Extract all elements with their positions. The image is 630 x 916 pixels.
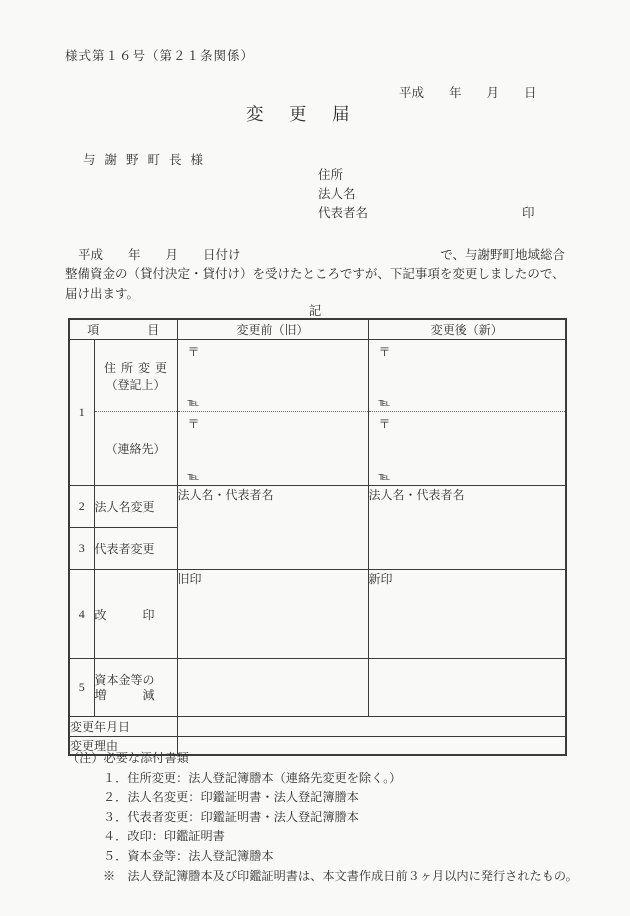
applicant-block: 住所 法人名 代表者名 印 xyxy=(318,166,563,224)
note-item: ５．資本金等：法人登記簿謄本 xyxy=(103,847,578,867)
row2-after-cell: 法人名・代表者名 xyxy=(368,486,566,570)
contact-label: （連絡先） xyxy=(106,440,166,457)
row1-number: 1 xyxy=(69,340,94,486)
row1-item-registered: 住所変更 （登記上） xyxy=(95,340,177,412)
row-corporate-name-change: 2 法人名変更 法人名・代表者名 法人名・代表者名 xyxy=(69,486,566,528)
row5-after-cell xyxy=(368,659,566,717)
notes-heading: （注）必要な添付書類 xyxy=(67,749,578,769)
body-line-1-date: 平成 年 月 日付け xyxy=(65,246,241,265)
note-item-caution: ※ 法人登記簿謄本及び印鑑証明書は、本文書作成日前３ヶ月以内に発行されたもの。 xyxy=(103,867,578,887)
body-line-1-tail: で、与謝野町地域総合 xyxy=(440,246,565,265)
row2-number: 2 xyxy=(69,486,94,528)
tel-mark: ℡ xyxy=(188,470,368,483)
row-capital-change: 5 資本金等の 増 減 xyxy=(69,659,566,717)
note-item: ３．代表者変更：印鑑証明書・法人登記簿謄本 xyxy=(103,808,578,828)
corporate-name-change-label: 法人名変更 xyxy=(94,486,177,528)
new-seal-cell: 新印 xyxy=(368,570,566,659)
capital-label-line1: 資本金等の xyxy=(95,673,177,688)
body-line-2: 整備資金の（貸付決定・貸付け）を受けたところですが、下記事項を変更しましたので、 xyxy=(65,265,565,284)
tel-mark: ℡ xyxy=(379,396,566,409)
record-mark: 記 xyxy=(65,301,565,319)
addressee: 与謝野町長様 xyxy=(83,150,212,168)
row5-number: 5 xyxy=(69,659,94,717)
row-change-date: 変更年月日 xyxy=(69,717,566,737)
notes-section: （注）必要な添付書類 １．住所変更：法人登記簿謄本（連絡先変更を除く。） ２．法… xyxy=(67,749,578,886)
body-line-1: 平成 年 月 日付け で、与謝野町地域総合 xyxy=(65,246,565,265)
change-date-label: 変更年月日 xyxy=(69,717,177,737)
note-item: １．住所変更：法人登記簿謄本（連絡先変更を除く。） xyxy=(103,769,578,789)
date-blank-line: 平成 年 月 日 xyxy=(399,83,537,101)
form-number: 様式第１６号（第２１条関係） xyxy=(65,46,254,64)
header-item: 項 目 xyxy=(69,319,177,340)
change-notification-form: 様式第１６号（第２１条関係） 平成 年 月 日 変 更 届 与謝野町長様 住所 … xyxy=(0,0,630,916)
tel-mark: ℡ xyxy=(379,470,566,483)
postal-mark: 〒 xyxy=(188,415,368,432)
row1-before-cell: 〒 ℡ 〒 ℡ xyxy=(177,340,368,486)
row1-item-contact: （連絡先） xyxy=(95,412,177,485)
registered-label: （登記上） xyxy=(106,376,166,393)
row2-before-cell: 法人名・代表者名 xyxy=(177,486,368,570)
postal-mark: 〒 xyxy=(188,343,368,360)
body-paragraph: 平成 年 月 日付け で、与謝野町地域総合 整備資金の（貸付決定・貸付け）を受け… xyxy=(65,246,565,304)
row1-item-cell: 住所変更 （登記上） （連絡先） xyxy=(94,340,177,486)
change-date-value-cell xyxy=(177,717,566,737)
capital-label-line2: 増 減 xyxy=(95,688,177,703)
table-header-row: 項 目 変更前（旧） 変更後（新） xyxy=(69,319,566,340)
postal-mark: 〒 xyxy=(379,343,566,360)
row4-number: 4 xyxy=(69,570,94,659)
document-title: 変 更 届 xyxy=(246,101,354,126)
seal-change-label: 改 印 xyxy=(94,570,177,659)
applicant-representative-label: 代表者名 xyxy=(318,206,368,220)
row3-number: 3 xyxy=(69,528,94,570)
row-address-change: 1 住所変更 （登記上） （連絡先） 〒 ℡ xyxy=(69,340,566,486)
applicant-corporate-name-label: 法人名 xyxy=(318,185,563,204)
row1-after-cell: 〒 ℡ 〒 ℡ xyxy=(368,340,566,486)
postal-mark: 〒 xyxy=(379,415,566,432)
change-items-table: 項 目 変更前（旧） 変更後（新） 1 住所変更 （登記上） （連絡先） 〒 xyxy=(68,318,567,756)
seal-label: 印 xyxy=(522,204,535,223)
old-seal-cell: 旧印 xyxy=(177,570,368,659)
applicant-address-label: 住所 xyxy=(318,166,563,185)
row5-before-cell xyxy=(177,659,368,717)
note-item: ２．法人名変更：印鑑証明書・法人登記簿謄本 xyxy=(103,788,578,808)
tel-mark: ℡ xyxy=(188,396,368,409)
header-before: 変更前（旧） xyxy=(177,319,368,340)
capital-change-label: 資本金等の 増 減 xyxy=(94,659,177,717)
address-change-label: 住所変更 xyxy=(99,359,172,376)
applicant-representative-line: 代表者名 印 xyxy=(318,204,563,223)
header-after: 変更後（新） xyxy=(368,319,566,340)
representative-change-label: 代表者変更 xyxy=(94,528,177,570)
note-item: ４．改印：印鑑証明書 xyxy=(103,827,578,847)
row-seal-change: 4 改 印 旧印 新印 xyxy=(69,570,566,659)
